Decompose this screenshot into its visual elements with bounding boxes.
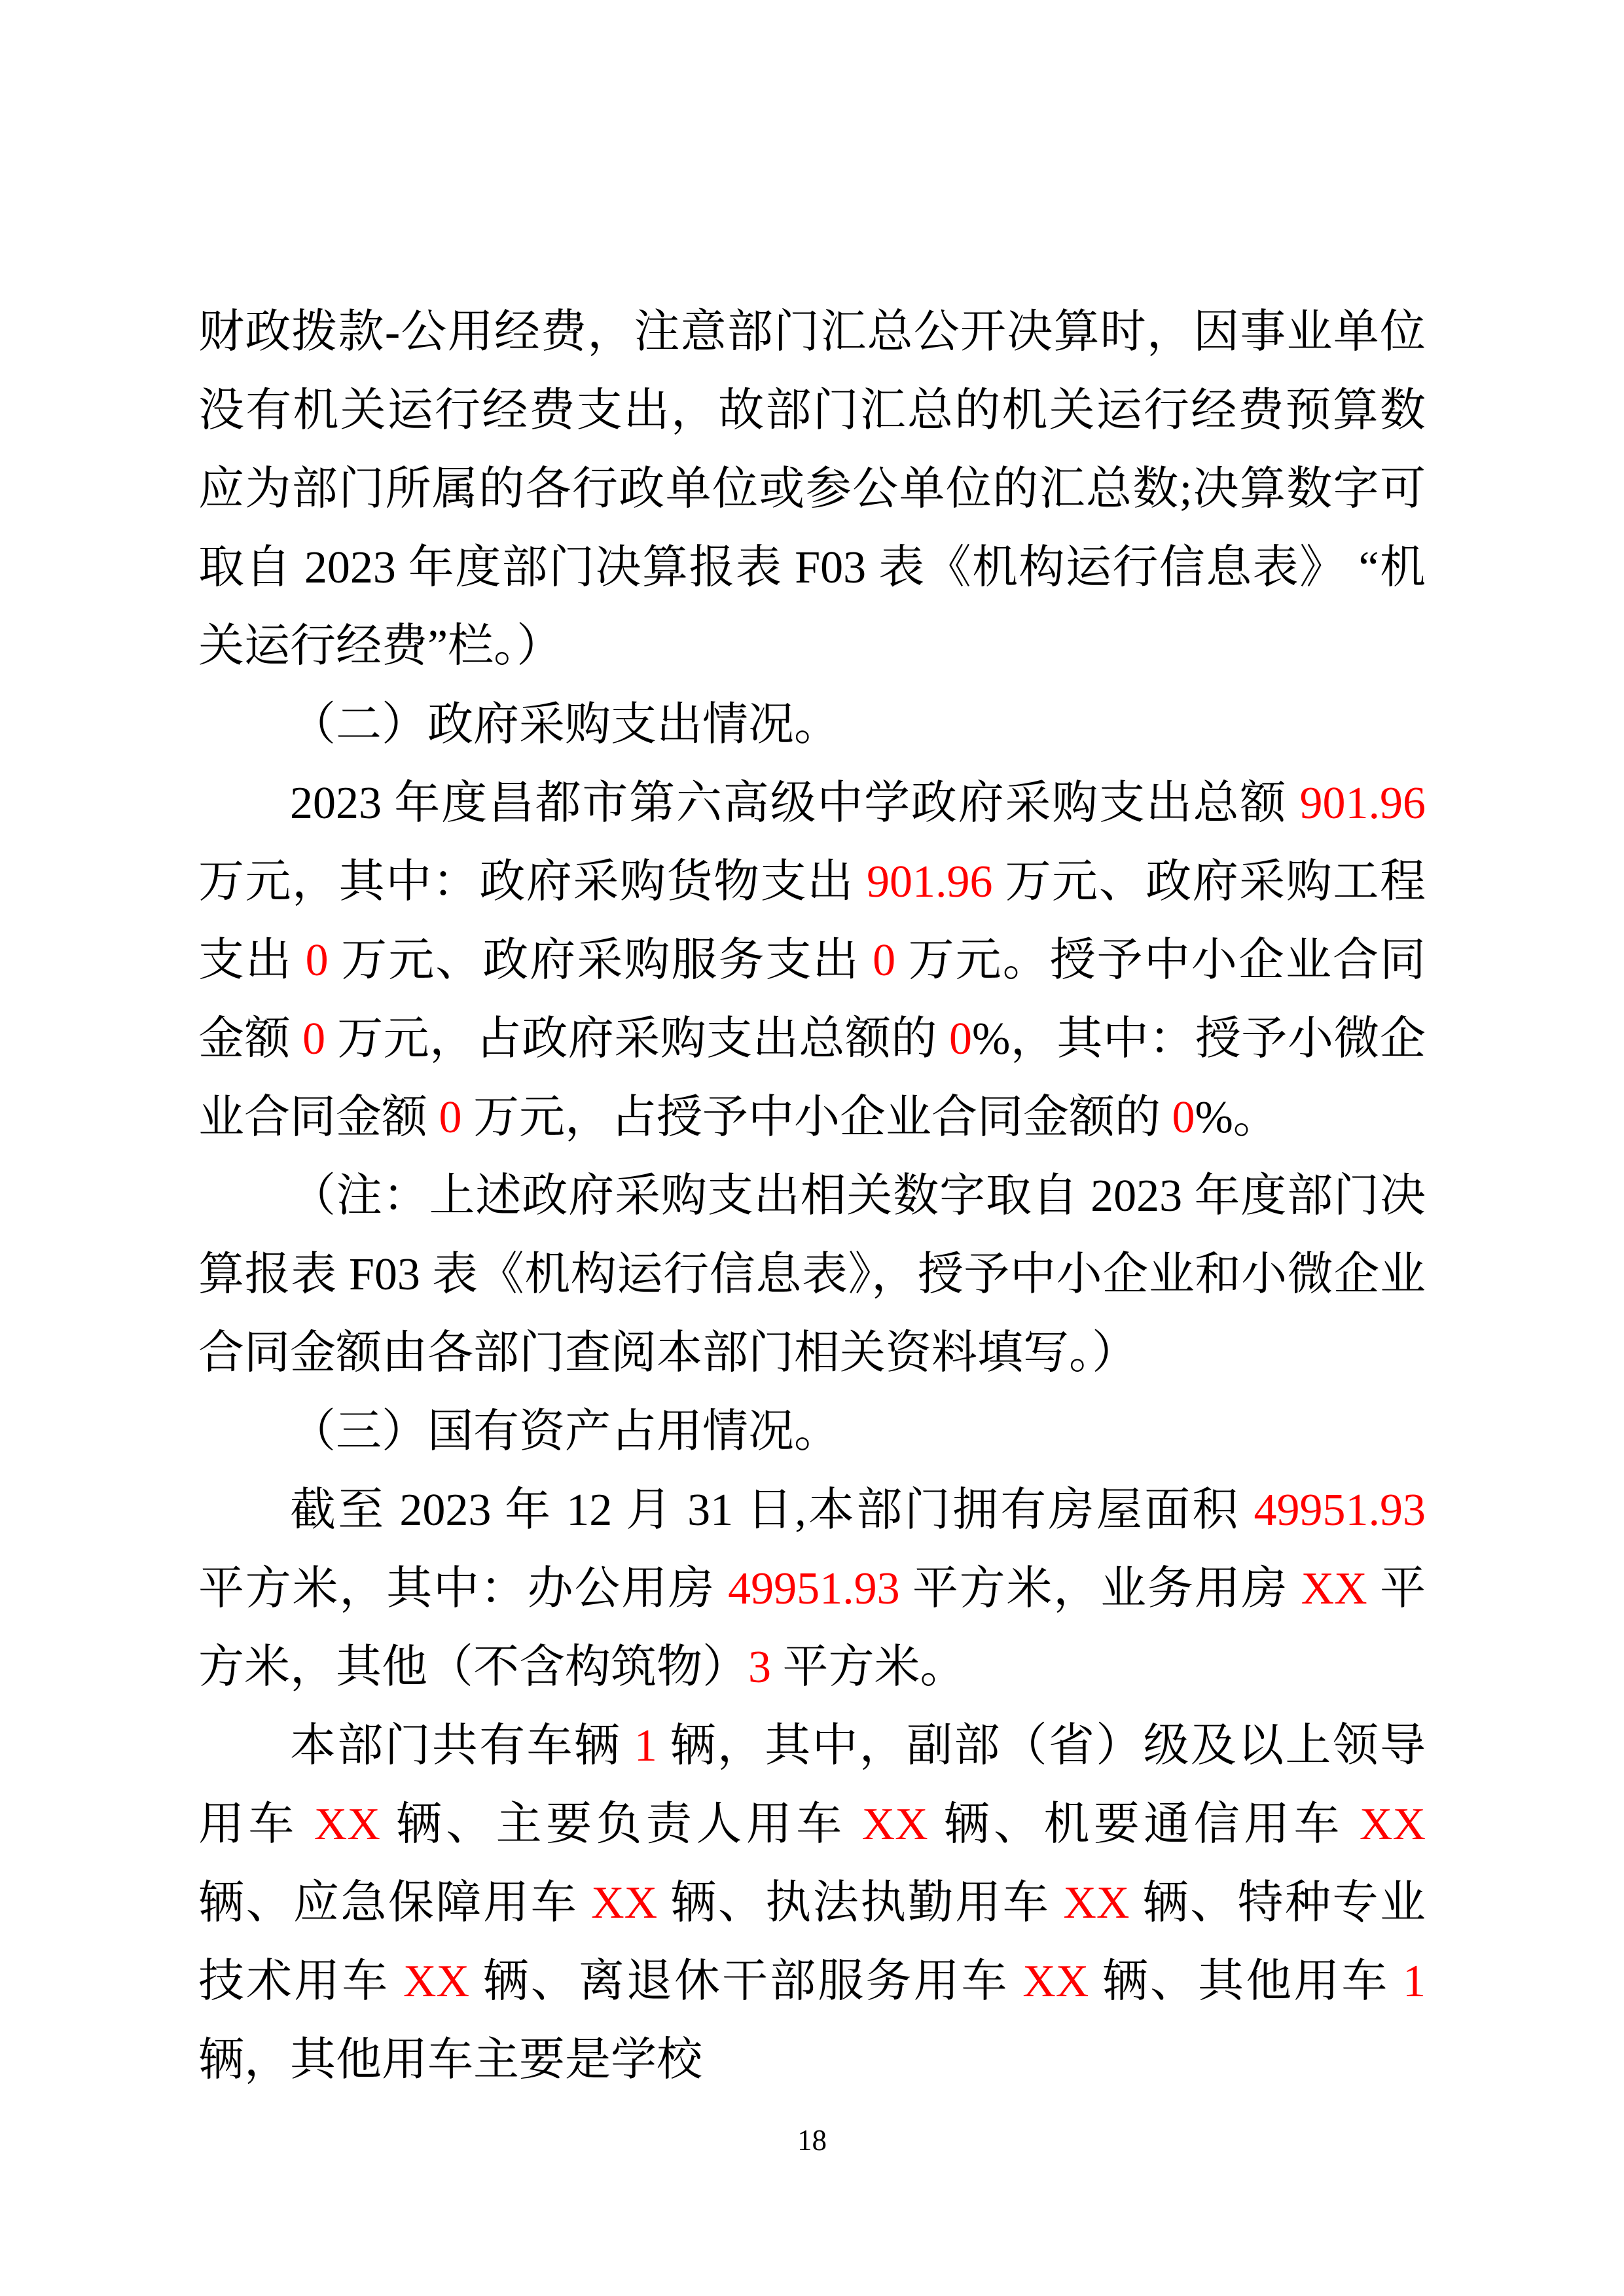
text-run: 辆、主要负责人用车	[380, 1799, 862, 1850]
text-run: 辆、其他用车	[1089, 1956, 1403, 2007]
page-footer: 18	[0, 2121, 1624, 2160]
paragraph: 2023 年度昌都市第六高级中学政府采购支出总额 901.96 万元，其中：政府…	[198, 764, 1426, 1157]
highlighted-value: XX	[1360, 1799, 1426, 1850]
text-run: 万元，其中：政府采购货物支出	[198, 857, 867, 907]
document-body: 财政拨款-公用经费，注意部门汇总公开决算时，因事业单位没有机关运行经费支出，故部…	[198, 293, 1426, 2100]
text-run: 截至 2023 年 12 月 31 日,本部门拥有房屋面积	[290, 1485, 1254, 1535]
highlighted-value: XX	[1301, 1564, 1367, 1614]
paragraph: （三）国有资产占用情况。	[198, 1393, 1426, 1471]
text-run: （注：上述政府采购支出相关数字取自 2023 年度部门决算报表 F03 表《机构…	[198, 1171, 1426, 1378]
highlighted-value: 0	[306, 935, 329, 986]
text-run: 辆、离退休干部服务用车	[469, 1956, 1022, 2007]
text-run: 平方米。	[771, 1642, 966, 1693]
highlighted-value: 0	[949, 1014, 972, 1064]
highlighted-value: XX	[591, 1878, 657, 1928]
highlighted-value: 901.96	[1300, 778, 1426, 829]
highlighted-value: 0	[873, 935, 895, 986]
text-run: 平方米，业务用房	[900, 1564, 1301, 1614]
highlighted-value: XX	[314, 1799, 380, 1850]
highlighted-value: 1	[1403, 1956, 1426, 2007]
text-run: 万元，占授予中小企业合同金额的	[462, 1092, 1172, 1143]
highlighted-value: 0	[1172, 1092, 1195, 1143]
text-run: 万元、政府采购服务支出	[329, 935, 873, 986]
text-run: 万元，占政府采购支出总额的	[325, 1014, 949, 1064]
highlighted-value: 901.96	[867, 857, 993, 907]
highlighted-value: XX	[1063, 1878, 1129, 1928]
paragraph: 本部门共有车辆 1 辆，其中，副部（省）级及以上领导用车 XX 辆、主要负责人用…	[198, 1707, 1426, 2100]
text-run: 辆、应急保障用车	[198, 1878, 591, 1928]
document-page: 财政拨款-公用经费，注意部门汇总公开决算时，因事业单位没有机关运行经费支出，故部…	[0, 0, 1624, 2296]
paragraph: 截至 2023 年 12 月 31 日,本部门拥有房屋面积 49951.93 平…	[198, 1471, 1426, 1707]
text-run: 2023 年度昌都市第六高级中学政府采购支出总额	[290, 778, 1300, 829]
paragraph: 财政拨款-公用经费，注意部门汇总公开决算时，因事业单位没有机关运行经费支出，故部…	[198, 293, 1426, 686]
text-run: 辆、机要通信用车	[928, 1799, 1360, 1850]
text-run: 本部门共有车辆	[290, 1721, 634, 1771]
highlighted-value: 0	[302, 1014, 325, 1064]
highlighted-value: XX	[403, 1956, 469, 2007]
paragraph: （注：上述政府采购支出相关数字取自 2023 年度部门决算报表 F03 表《机构…	[198, 1157, 1426, 1393]
highlighted-value: 3	[748, 1642, 771, 1693]
highlighted-value: 0	[439, 1092, 462, 1143]
text-run: %。	[1195, 1092, 1279, 1143]
page-number: 18	[797, 2124, 827, 2157]
text-run: （三）国有资产占用情况。	[290, 1407, 840, 1457]
text-run: （二）政府采购支出情况。	[290, 700, 840, 750]
highlighted-value: 49951.93	[728, 1564, 900, 1614]
highlighted-value: 1	[634, 1721, 657, 1771]
highlighted-value: XX	[862, 1799, 928, 1850]
paragraph: （二）政府采购支出情况。	[198, 686, 1426, 764]
highlighted-value: 49951.93	[1254, 1485, 1426, 1535]
highlighted-value: XX	[1022, 1956, 1089, 2007]
text-run: 平方米，其中：办公用房	[198, 1564, 728, 1614]
text-run: 辆，其他用车主要是学校	[198, 2035, 702, 2085]
text-run: 辆、执法执勤用车	[657, 1878, 1063, 1928]
text-run: 财政拨款-公用经费，注意部门汇总公开决算时，因事业单位没有机关运行经费支出，故部…	[198, 307, 1426, 672]
